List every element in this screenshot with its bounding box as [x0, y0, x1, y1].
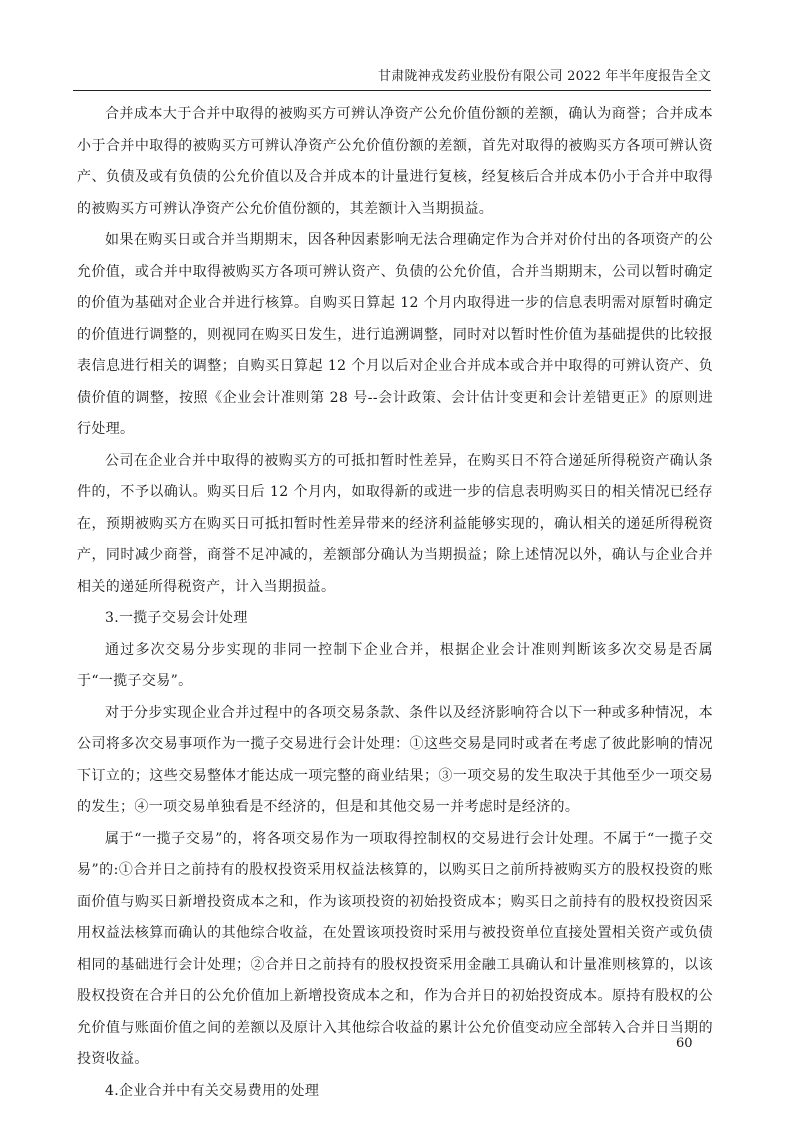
page-number: 60 [676, 1036, 693, 1051]
section-heading-transaction-costs: 4.企业合并中有关交易费用的处理 [77, 1076, 713, 1108]
paragraph-package-deal-conditions: 对于分步实现企业合并过程中的各项交易条款、条件以及经济影响符合以下一种或多种情况… [77, 698, 713, 824]
paragraph-package-deal-intro: 通过多次交易分步实现的非同一控制下企业合并，根据企业会计准则判断该多次交易是否属… [77, 635, 713, 698]
paragraph-goodwill: 合并成本大于合并中取得的被购买方可辨认净资产公允价值份额的差额，确认为商誉；合并… [77, 99, 713, 225]
document-body: 合并成本大于合并中取得的被购买方可辨认净资产公允价值份额的差额，确认为商誉；合并… [77, 99, 713, 1107]
paragraph-package-deal-treatment: 属于“一揽子交易”的，将各项交易作为一项取得控制权的交易进行会计处理。不属于“一… [77, 824, 713, 1076]
report-title: 甘肃陇神戎发药业股份有限公司 2022 年半年度报告全文 [378, 65, 711, 84]
section-heading-package-deal: 3.一揽子交易会计处理 [77, 603, 713, 635]
paragraph-deferred-tax: 公司在企业合并中取得的被购买方的可抵扣暂时性差异，在购买日不符合递延所得税资产确… [77, 446, 713, 604]
paragraph-provisional-values: 如果在购买日或合并当期期末，因各种因素影响无法合理确定作为合并对价付出的各项资产… [77, 225, 713, 446]
page-header: 甘肃陇神戎发药业股份有限公司 2022 年半年度报告全文 [73, 52, 711, 91]
